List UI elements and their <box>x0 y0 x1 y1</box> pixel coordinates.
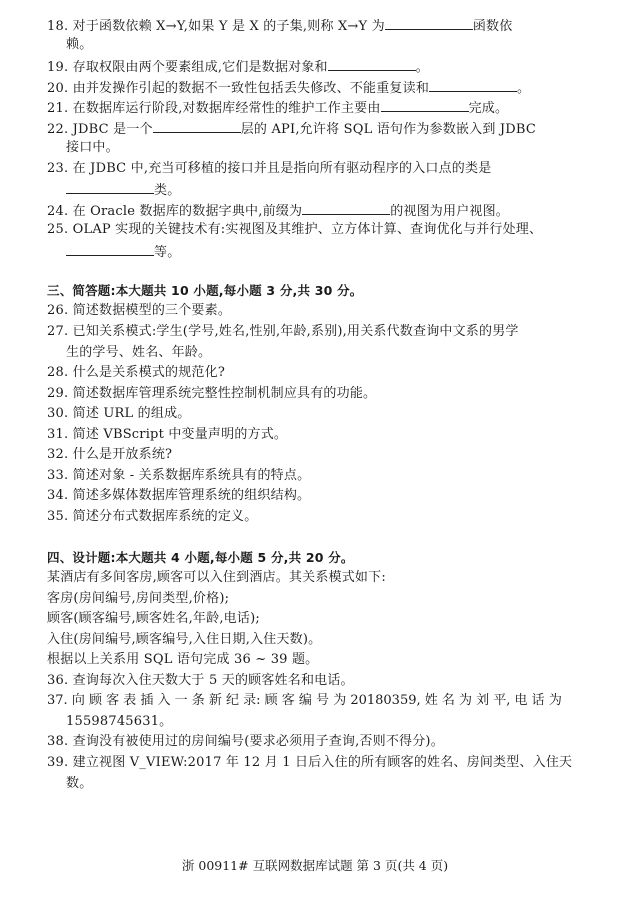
question-38: 38. 查询没有被使用过的房间编号(要求必须用子查询,否则不得分)。 <box>47 734 444 750</box>
question-text: 简述数据库管理系统完整性控制机制应具有的功能。 <box>73 386 377 401</box>
question-text: 简述 URL 的组成。 <box>73 406 191 421</box>
question-number: 25. <box>47 222 68 237</box>
question-text: 层的 API,允许将 SQL 语句作为参数嵌入到 JDBC <box>241 122 536 137</box>
question-text: 等。 <box>154 245 180 260</box>
question-text: 建立视图 V_VIEW:2017 年 12 月 1 日后入住的所有顾客的姓名、房… <box>73 755 573 770</box>
question-25-cont: 等。 <box>66 243 180 261</box>
question-text: 完成。 <box>469 101 509 116</box>
question-text: 向 顾 客 表 插 入 一 条 新 纪 录: 顾 客 编 号 为 2018035… <box>72 693 562 708</box>
question-text: 的视图为用户视图。 <box>390 204 509 219</box>
question-number: 18. <box>47 19 68 34</box>
question-number: 31. <box>47 427 68 442</box>
question-19: 19. 存取权限由两个要素组成,它们是数据对象和。 <box>47 58 429 76</box>
question-22: 22. JDBC 是一个层的 API,允许将 SQL 语句作为参数嵌入到 JDB… <box>47 120 536 138</box>
question-number: 24. <box>47 204 68 219</box>
question-number: 26. <box>47 303 68 318</box>
question-number: 37. <box>47 693 68 708</box>
schema-checkin: 入住(房间编号,顾客编号,入住日期,入住天数)。 <box>47 632 321 648</box>
question-26: 26. 简述数据模型的三个要素。 <box>47 303 231 319</box>
question-text: 什么是关系模式的规范化? <box>73 365 225 380</box>
question-number: 20. <box>47 81 68 96</box>
question-text: 简述多媒体数据库管理系统的组织结构。 <box>73 488 311 503</box>
question-number: 33. <box>47 468 68 483</box>
question-number: 35. <box>47 509 68 524</box>
scenario-intro: 某酒店有多间客房,顾客可以入住到酒店。其关系模式如下: <box>47 570 386 586</box>
question-text: 简述 VBScript 中变量声明的方式。 <box>73 427 288 442</box>
answer-blank <box>328 58 416 71</box>
question-39: 39. 建立视图 V_VIEW:2017 年 12 月 1 日后入住的所有顾客的… <box>47 755 572 771</box>
question-number: 23. <box>47 161 68 176</box>
question-18: 18. 对于函数依赖 X→Y,如果 Y 是 X 的子集,则称 X→Y 为函数依 <box>47 17 512 35</box>
question-number: 34. <box>47 488 68 503</box>
answer-blank <box>429 79 517 92</box>
question-text: 函数依 <box>473 19 513 34</box>
question-text: 已知关系模式:学生(学号,姓名,性别,年龄,系别),用关系代数查询中文系的男学 <box>73 324 519 339</box>
question-37-cont: 15598745631。 <box>66 714 172 730</box>
answer-blank <box>302 202 390 215</box>
question-31: 31. 简述 VBScript 中变量声明的方式。 <box>47 427 287 443</box>
question-text: 在 JDBC 中,充当可移植的接口并且是指向所有驱动程序的入口点的类是 <box>73 161 492 176</box>
question-number: 29. <box>47 386 68 401</box>
question-text: 查询没有被使用过的房间编号(要求必须用子查询,否则不得分)。 <box>73 734 444 749</box>
question-27-cont: 生的学号、姓名、年龄。 <box>66 345 211 361</box>
question-text: 在数据库运行阶段,对数据库经常性的维护工作主要由 <box>73 101 381 116</box>
question-20: 20. 由并发操作引起的数据不一致性包括丢失修改、不能重复读和。 <box>47 79 530 97</box>
section-heading-design: 四、设计题:本大题共 4 小题,每小题 5 分,共 20 分。 <box>47 550 354 566</box>
question-number: 27. <box>47 324 68 339</box>
question-34: 34. 简述多媒体数据库管理系统的组织结构。 <box>47 488 310 504</box>
question-number: 36. <box>47 673 68 688</box>
section-heading-short-answer: 三、简答题:本大题共 10 小题,每小题 3 分,共 30 分。 <box>47 283 363 299</box>
question-number: 32. <box>47 447 68 462</box>
question-text: 存取权限由两个要素组成,它们是数据对象和 <box>73 60 328 75</box>
question-23: 23. 在 JDBC 中,充当可移植的接口并且是指向所有驱动程序的入口点的类是 <box>47 161 491 177</box>
question-number: 19. <box>47 60 68 75</box>
question-29: 29. 简述数据库管理系统完整性控制机制应具有的功能。 <box>47 386 376 402</box>
question-text: 对于函数依赖 X→Y,如果 Y 是 X 的子集,则称 X→Y 为 <box>73 19 385 34</box>
question-text: OLAP 实现的关键技术有:实视图及其维护、立方体计算、查询优化与并行处理、 <box>73 222 543 237</box>
question-21: 21. 在数据库运行阶段,对数据库经常性的维护工作主要由完成。 <box>47 99 508 117</box>
question-text: 。 <box>416 60 429 75</box>
question-number: 22. <box>47 122 68 137</box>
question-number: 39. <box>47 755 68 770</box>
question-text: 查询每次入住天数大于 5 天的顾客姓名和电话。 <box>73 673 354 688</box>
question-33: 33. 简述对象 - 关系数据库系统具有的特点。 <box>47 468 310 484</box>
question-35: 35. 简述分布式数据库系统的定义。 <box>47 509 257 525</box>
answer-blank <box>66 243 154 256</box>
question-text: 简述对象 - 关系数据库系统具有的特点。 <box>73 468 311 483</box>
question-text: 简述分布式数据库系统的定义。 <box>73 509 258 524</box>
question-22-cont: 接口中。 <box>66 140 119 156</box>
question-number: 38. <box>47 734 68 749</box>
question-28: 28. 什么是关系模式的规范化? <box>47 365 225 381</box>
question-24: 24. 在 Oracle 数据库的数据字典中,前缀为的视图为用户视图。 <box>47 202 509 220</box>
question-text: 类。 <box>154 183 180 198</box>
question-number: 30. <box>47 406 68 421</box>
answer-blank <box>385 17 473 30</box>
question-32: 32. 什么是开放系统? <box>47 447 172 463</box>
question-23-cont: 类。 <box>66 181 180 199</box>
question-36: 36. 查询每次入住天数大于 5 天的顾客姓名和电话。 <box>47 673 354 689</box>
scenario-instruction: 根据以上关系用 SQL 语句完成 36 ~ 39 题。 <box>47 652 318 668</box>
question-27: 27. 已知关系模式:学生(学号,姓名,性别,年龄,系别),用关系代数查询中文系… <box>47 324 519 340</box>
answer-blank <box>66 181 154 194</box>
question-text: 什么是开放系统? <box>73 447 173 462</box>
question-25: 25. OLAP 实现的关键技术有:实视图及其维护、立方体计算、查询优化与并行处… <box>47 222 542 238</box>
question-text: 在 Oracle 数据库的数据字典中,前缀为 <box>73 204 303 219</box>
question-37: 37. 向 顾 客 表 插 入 一 条 新 纪 录: 顾 客 编 号 为 201… <box>47 693 562 709</box>
schema-room: 客房(房间编号,房间类型,价格); <box>47 591 229 607</box>
answer-blank <box>153 120 241 133</box>
question-text: JDBC 是一个 <box>73 122 153 137</box>
question-number: 28. <box>47 365 68 380</box>
question-30: 30. 简述 URL 的组成。 <box>47 406 190 422</box>
question-39-cont: 数。 <box>66 776 92 792</box>
answer-blank <box>381 99 469 112</box>
schema-customer: 顾客(顾客编号,顾客姓名,年龄,电话); <box>47 611 260 627</box>
question-text: 。 <box>517 81 530 96</box>
question-18-cont: 赖。 <box>66 37 92 53</box>
question-text: 由并发操作引起的数据不一致性包括丢失修改、不能重复读和 <box>73 81 429 96</box>
page-footer: 浙 00911# 互联网数据库试题 第 3 页(共 4 页) <box>0 856 630 874</box>
question-number: 21. <box>47 101 68 116</box>
question-text: 简述数据模型的三个要素。 <box>73 303 231 318</box>
